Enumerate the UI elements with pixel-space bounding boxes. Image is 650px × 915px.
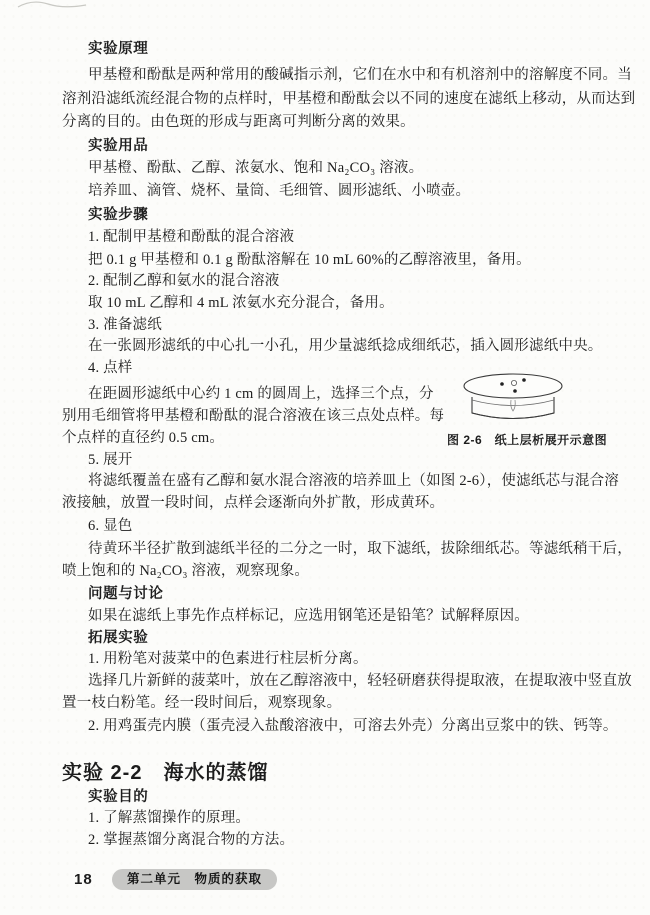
step-line: 5. 展开 [88,451,133,470]
discussion-line: 如果在滤纸上事先作点样标记，应选用钢笔还是铅笔？试解释原因。 [88,607,529,626]
extension-line: 1. 用粉笔对菠菜中的色素进行柱层析分离。 [88,650,368,669]
materials-line: 甲基橙、酚酞、乙醇、浓氨水、饱和 Na₂CO₃ 溶液。 [88,159,423,178]
step-line: 把 0.1 g 甲基橙和 0.1 g 酚酞溶解在 10 mL 60%的乙醇溶液里… [88,251,531,270]
step-line: 取 10 mL 乙醇和 4 mL 浓氨水充分混合，备用。 [88,294,394,313]
step-line: 3. 准备滤纸 [88,316,162,335]
page-footer: 18 第二单元 物质的获取 [0,868,650,894]
heading-discussion: 问题与讨论 [88,585,164,604]
extension-line: 2. 用鸡蛋壳内膜（蛋壳浸入盐酸溶液中，可溶去外壳）分离出豆浆中的铁、钙等。 [88,717,618,736]
step-line: 液接触，放置一段时间，点样会逐渐向外扩散，形成黄环。 [62,494,444,513]
petri-dish-icon [447,366,607,428]
step-line: 6. 显色 [88,517,133,536]
heading-principle: 实验原理 [88,40,148,59]
extension-line: 选择几片新鲜的菠菜叶，放在乙醇溶液中，轻轻研磨获得提取液，在提取液中竖直放 [88,672,632,691]
heading-extension: 拓展实验 [88,629,148,648]
page-number: 18 [74,871,93,888]
heading-experiment-2-2: 实验 2-2 海水的蒸馏 [62,756,268,785]
step-line: 个点样的直径约 0.5 cm。 [62,429,224,448]
heading-steps: 实验步骤 [88,206,148,225]
step-line: 别用毛细管将甲基橙和酚酞的混合溶液在该三点处点样。每 [62,407,444,426]
step-line: 喷上饱和的 Na₂CO₃ 溶液，观察现象。 [62,562,309,581]
heading-purpose: 实验目的 [88,788,148,807]
step-line: 1. 配制甲基橙和酚酞的混合溶液 [88,228,294,247]
step-line: 2. 配制乙醇和氨水的混合溶液 [88,272,280,291]
purpose-line: 1. 了解蒸馏操作的原理。 [88,809,250,828]
step-line: 待黄环半径扩散到滤纸半径的二分之一时，取下滤纸，拔除细纸芯。等滤纸稍干后， [88,540,632,559]
scan-artifact-mark [12,0,132,12]
textbook-page: 实验原理 甲基橙和酚酞是两种常用的酸碱指示剂，它们在水中和有机溶剂中的溶解度不同… [0,0,650,915]
step-line: 在一张圆形滤纸的中心扎一小孔，用少量滤纸捻成细纸芯，插入圆形滤纸中央。 [88,337,603,356]
materials-line: 培养皿、滴管、烧杯、量筒、毛细管、圆形滤纸、小喷壶。 [88,182,470,201]
step-line: 在距圆形滤纸中心约 1 cm 的圆周上，选择三个点，分 [88,385,434,404]
step-line: 将滤纸覆盖在盛有乙醇和氨水混合溶液的培养皿上（如图 2-6），使滤纸芯与混合溶 [88,472,619,491]
figure-2-6-caption: 图 2-6 纸上层析展开示意图 [447,431,617,448]
principle-line: 甲基橙和酚酞是两种常用的酸碱指示剂，它们在水中和有机溶剂中的溶解度不同。当 [88,66,632,85]
principle-line: 分离的目的。由色斑的形成与距离可判断分离的效果。 [62,113,415,132]
step-line: 4. 点样 [88,359,133,378]
principle-line: 溶剂沿滤纸流经混合物的点样时，甲基橙和酚酞会以不同的速度在滤纸上移动，从而达到 [62,90,635,109]
unit-badge: 第二单元 物质的获取 [112,869,277,890]
heading-materials: 实验用品 [88,137,148,156]
extension-line: 置一枝白粉笔。经一段时间后，观察现象。 [62,694,341,713]
purpose-line: 2. 掌握蒸馏分离混合物的方法。 [88,831,294,850]
figure-2-6 [447,366,607,428]
